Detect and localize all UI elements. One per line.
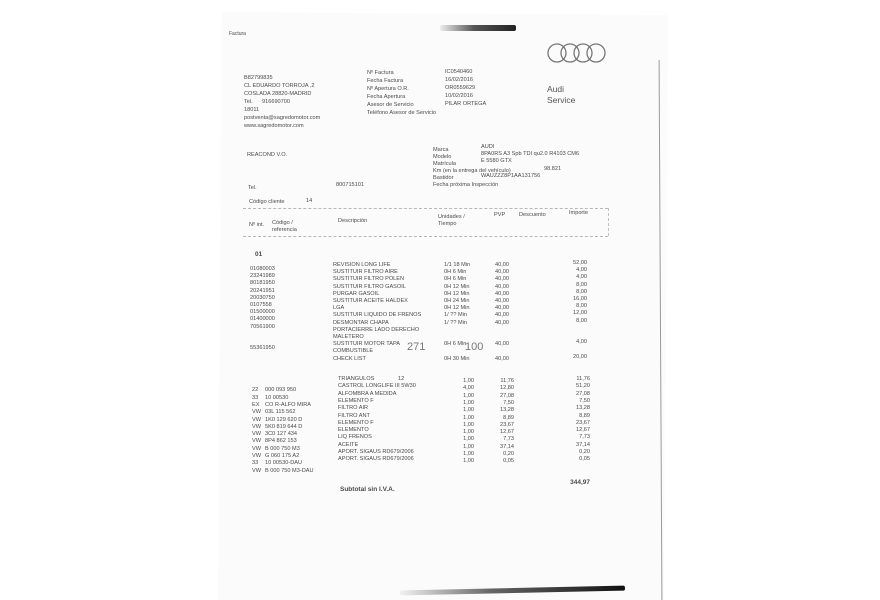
row-units: 1/ ?? Min: [444, 320, 467, 327]
row-description: MALETERO: [333, 334, 364, 341]
row-code: G 060 175 A2: [265, 453, 299, 460]
row-pvp: 13,28: [492, 407, 514, 414]
row-code: 10 00530-DAU: [265, 460, 302, 467]
row-pvp: 7,50: [492, 400, 514, 407]
row-units: 0H 6 Min: [444, 269, 466, 276]
row-code: CO R-ALFO MIRA: [265, 402, 311, 409]
row-code: 55361950: [250, 345, 275, 352]
row-description: FILTRO ANT: [338, 413, 370, 420]
row-amount: 4,00: [555, 274, 587, 281]
row-description: ACEITE: [338, 442, 358, 449]
vehicle-label: Modelo: [433, 154, 451, 161]
row-description: ELEMENTO F: [338, 398, 374, 405]
vehicle-brand: AUDI: [481, 144, 494, 151]
row-units: 1,00: [452, 458, 474, 465]
row-amount: 8,00: [555, 318, 587, 325]
row-pvp: 40,00: [495, 298, 509, 305]
company-email[interactable]: postventa@sagredomotor.com: [244, 115, 320, 122]
subtotal-label: Subtotal sin I.V.A.: [340, 486, 395, 493]
row-amount: 12,67: [560, 427, 590, 434]
row-code: 03L 115 562: [265, 409, 295, 416]
row-units: 0H 12 Min: [444, 305, 470, 312]
row-int: 33: [252, 395, 258, 402]
row-units: 1,00: [452, 422, 474, 429]
row-code: 20030750: [250, 295, 275, 302]
row-int: VW: [252, 424, 261, 431]
row-description: LIQ FRENOS: [338, 434, 372, 441]
row-amount: 0,05: [560, 456, 590, 463]
row-extra: 12: [398, 376, 404, 383]
row-code: 70561900: [250, 324, 275, 331]
row-pvp: 37,14: [492, 444, 514, 451]
row-pvp: 11,76: [492, 378, 514, 385]
row-units: 1,00: [452, 400, 474, 407]
meta-label: Teléfono Asesor de Servicio: [367, 110, 436, 117]
row-description: SUSTITUIR ACEITE HALDEX: [333, 298, 408, 305]
row-code: 01080003: [250, 266, 275, 273]
row-description: ELEMENTO: [338, 427, 369, 434]
row-int: VW: [252, 453, 261, 460]
row-pvp: 40,00: [495, 276, 509, 283]
row-pvp: 0,20: [492, 451, 514, 458]
customer-name: REACOND V.O.: [247, 152, 287, 159]
row-pvp: 40,00: [495, 284, 509, 291]
row-pvp: 40,00: [495, 262, 509, 269]
company-code: 18011: [244, 107, 259, 114]
row-code: 1K0 129 620 D: [265, 417, 302, 424]
row-amount: 8,00: [555, 282, 587, 289]
row-description: SUSTITUIR LIQUIDO DE FRENOS: [333, 312, 421, 319]
vehicle-label: Matrícula: [433, 161, 456, 168]
row-amount: 13,28: [560, 405, 590, 412]
table-top-rule: [243, 208, 608, 209]
row-amount: 52,00: [555, 260, 587, 267]
row-description: DESMONTAR CHAPA: [333, 320, 389, 327]
company-id: B82799835: [244, 75, 273, 82]
row-amount: 8,00: [555, 303, 587, 310]
subtotal-value: 344,97: [560, 479, 590, 486]
row-pvp: 40,00: [495, 291, 509, 298]
row-pvp: 7,73: [492, 436, 514, 443]
company-web[interactable]: www.sagredomotor.com: [244, 123, 304, 130]
table-header-rule: [243, 236, 608, 237]
row-description: CASTROL LONGLIFE III 5W30: [338, 383, 416, 390]
opening-date: 10/02/2016: [445, 93, 473, 100]
row-units: 0H 12 Min: [444, 284, 470, 291]
row-code: 20241951: [250, 288, 275, 295]
row-amount: 7,50: [560, 398, 590, 405]
vehicle-label: Fecha próxima Inspección: [433, 182, 498, 189]
row-code: 01400000: [250, 316, 275, 323]
row-pvp: 0,05: [492, 458, 514, 465]
row-amount: 37,14: [560, 442, 590, 449]
row-description: ELEMENTO F: [338, 420, 374, 427]
col-header: Unidades / Tiempo: [438, 214, 474, 228]
scan-smear-top: [440, 25, 516, 31]
row-code: 8P4 862 153: [265, 438, 297, 445]
doc-label: Factura: [229, 31, 246, 38]
row-pvp: 40,00: [495, 320, 509, 327]
row-amount: 8,89: [560, 413, 590, 420]
row-code: B 000 750 M3: [265, 446, 300, 453]
row-pvp: 40,00: [495, 356, 509, 363]
row-units: 1,00: [452, 378, 474, 385]
col-header: Nº int.: [249, 222, 264, 229]
row-pvp: 12,80: [492, 385, 514, 392]
meta-label: Nº Apertura O.R.: [367, 86, 409, 93]
row-description: APORT. SIGAUS RD679/2006: [338, 449, 414, 456]
row-code: 0107558: [250, 302, 272, 309]
row-pvp: 23,67: [492, 422, 514, 429]
row-units: 1,00: [452, 407, 474, 414]
row-description: FILTRO AIR: [338, 405, 368, 412]
row-units: 0H 12 Min: [444, 291, 470, 298]
row-description: CHECK LIST: [333, 356, 366, 363]
row-int: VW: [252, 468, 261, 475]
company-tel: 916690700: [262, 99, 290, 106]
row-pvp: 40,00: [495, 341, 509, 348]
company-address: CL EDUARDO TORROJA ,2: [244, 83, 314, 90]
row-int: EX: [252, 402, 259, 409]
row-units: 1,00: [452, 444, 474, 451]
row-units: 1,00: [452, 451, 474, 458]
row-description: SUSTITUIR FILTRO AIRE: [333, 269, 398, 276]
row-amount: 16,00: [555, 296, 587, 303]
row-int: 22: [252, 387, 258, 394]
row-amount: 23,67: [560, 420, 590, 427]
col-header: Importe: [569, 210, 588, 217]
row-units: 1,00: [452, 436, 474, 443]
row-units: 0H 24 Min: [444, 298, 470, 305]
vehicle-model: 8PA0RS A3 Spb TDI qu2.0 R4103 CM6: [481, 151, 579, 158]
vehicle-label: Bastidor: [433, 175, 454, 182]
row-code: 01500000: [250, 309, 275, 316]
row-amount: 8,00: [555, 289, 587, 296]
row-amount: 12,00: [555, 310, 587, 317]
row-description: SUSTITUIR MOTOR TAPA: [333, 341, 400, 348]
row-int: VW: [252, 438, 261, 445]
row-code: 5K0 819 644 D: [265, 424, 302, 431]
vehicle-vin: WAUZZZ8P1AA131756: [481, 173, 540, 180]
row-description: ALFOMBRA A MEDIDA: [338, 391, 396, 398]
row-amount: 0,20: [560, 449, 590, 456]
row-pvp: 40,00: [495, 312, 509, 319]
audi-rings-logo: [546, 42, 608, 64]
company-tel-label: Tel.: [244, 99, 253, 106]
meta-label: Asesor de Servicio: [367, 102, 414, 109]
brand-line2: Service: [547, 95, 575, 106]
row-code: 23241989: [250, 273, 275, 280]
row-code: 000 093 950: [265, 387, 296, 394]
row-pvp: 12,67: [492, 429, 514, 436]
customer-tel-label: Tel.: [248, 185, 257, 192]
row-description: SUSTITUIR FILTRO POLEN: [333, 276, 404, 283]
row-int: VW: [252, 417, 261, 424]
row-int: VW: [252, 409, 261, 416]
row-amount: 51,20: [560, 383, 590, 390]
row-int: VW: [252, 431, 261, 438]
overlay-number: 100: [465, 341, 483, 353]
meta-label: Nº Factura: [367, 70, 394, 77]
row-amount: 7,73: [560, 434, 590, 441]
service-advisor: PILAR ORTEGA: [445, 101, 486, 108]
row-description: TRIANGULOS: [338, 376, 374, 383]
row-pvp: 40,00: [495, 305, 509, 312]
vehicle-plate: E 5580 GTX: [481, 158, 512, 165]
row-code: 3C0 127 434: [265, 431, 297, 438]
brand-name: Audi Service: [547, 84, 575, 106]
row-amount: 11,76: [560, 376, 590, 383]
group-number: 01: [255, 251, 262, 258]
row-units: 1,00: [452, 429, 474, 436]
row-int: 33: [252, 460, 258, 467]
row-description: PORTACIERRE LADO DERECHO: [333, 327, 419, 334]
table-right-rule: [608, 208, 609, 236]
invoice-number: IC0540460: [445, 69, 472, 76]
customer-tel: 800715101: [336, 182, 364, 189]
row-units: 1,00: [452, 393, 474, 400]
row-units: 1/ ?? Min: [444, 312, 467, 319]
row-amount: 4,00: [555, 339, 587, 346]
col-header: Descripción: [338, 218, 367, 225]
col-header: Código / referencia: [272, 220, 312, 234]
client-code: 14: [306, 198, 312, 205]
row-units: 0H 30 Min: [444, 356, 470, 363]
row-description: REVISION LONG LIFE: [333, 262, 391, 269]
or-number: OR0559629: [445, 85, 475, 92]
row-amount: 27,08: [560, 391, 590, 398]
row-amount: 20,00: [555, 354, 587, 361]
row-units: 1/1 18 Min: [444, 262, 470, 269]
col-header: PVP: [494, 212, 505, 219]
row-pvp: 27,08: [492, 393, 514, 400]
company-city: COSLADA 28820-MADRID: [244, 91, 311, 98]
meta-label: Fecha Apertura: [367, 94, 405, 101]
brand-line1: Audi: [547, 84, 575, 95]
overlay-number: 271: [407, 341, 425, 353]
row-units: 0H 6 Min: [444, 276, 466, 283]
row-code: 10 00530: [265, 395, 288, 402]
row-description: COMBUSTIBLE: [333, 348, 373, 355]
row-code: 80181950: [250, 280, 275, 287]
invoice-date: 16/02/2016: [445, 77, 473, 84]
row-pvp: 8,89: [492, 415, 514, 422]
client-code-label: Código cliente: [249, 199, 284, 206]
col-header: Descuento: [519, 212, 546, 219]
row-code: B 000 750 M3-DAU: [265, 468, 314, 475]
row-int: VW: [252, 446, 261, 453]
vehicle-km: 98.821: [544, 166, 561, 173]
row-units: 1,00: [452, 415, 474, 422]
row-description: APORT. SIGAUS RD679/2006: [338, 456, 414, 463]
row-description: SUSTITUIR FILTRO GASOIL: [333, 284, 406, 291]
row-description: PURGAR GASOIL: [333, 291, 379, 298]
row-units: 0H 6 Min: [444, 341, 466, 348]
row-amount: 4,00: [555, 267, 587, 274]
row-units: 4,00: [452, 385, 474, 392]
vehicle-label: Marca: [433, 147, 449, 154]
row-pvp: 40,00: [495, 269, 509, 276]
meta-label: Fecha Factura: [367, 78, 403, 85]
row-description: LGA: [333, 305, 344, 312]
